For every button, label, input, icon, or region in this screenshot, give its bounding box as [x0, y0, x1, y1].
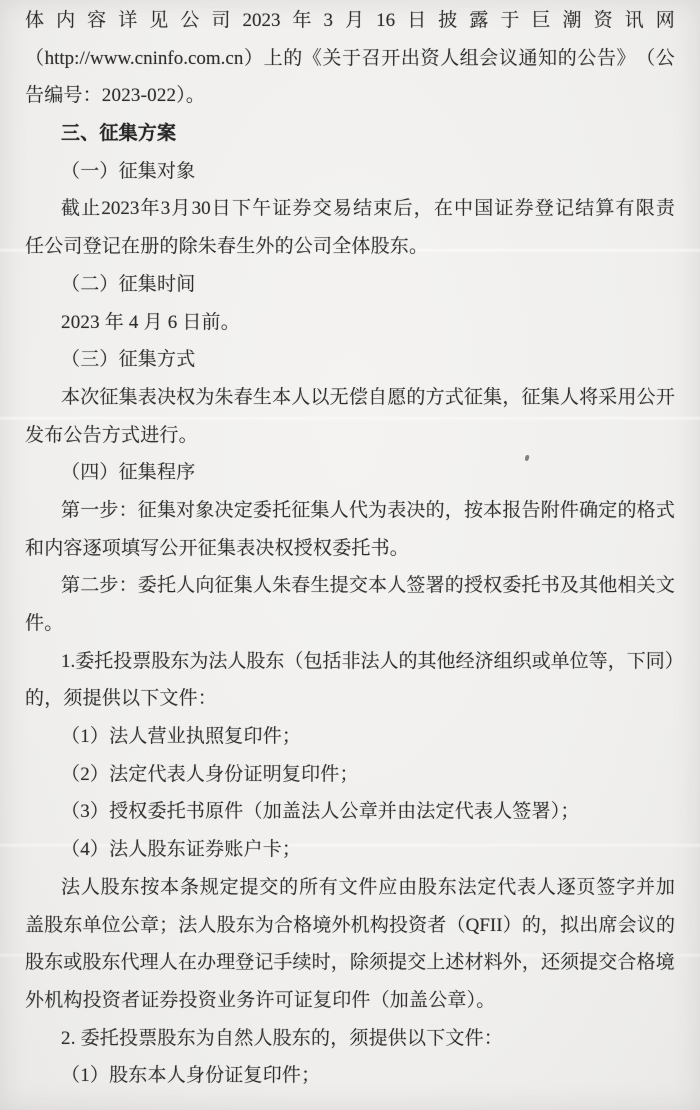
glyph-token: 格 [637, 944, 656, 982]
glyph-token: 止 [81, 190, 100, 228]
glyph-token: 的 [445, 567, 464, 605]
glyph-token: 知 [538, 40, 557, 78]
glyph-token: 须 [560, 944, 579, 982]
glyph-token: 交 [598, 944, 617, 982]
glyph-token: 盖 [25, 907, 44, 945]
glyph-token: （ [25, 40, 44, 78]
glyph-token: 集 [541, 379, 560, 417]
text-line: （四）征集程序 [25, 454, 675, 492]
glyph-token: ） [665, 643, 684, 681]
glyph-token: 的 [283, 40, 302, 78]
glyph-token: 股 [246, 643, 265, 681]
glyph-token: 权 [176, 379, 195, 417]
glyph-token: 件 [560, 492, 579, 530]
glyph-token: 境 [312, 907, 331, 945]
glyph-token: 的 [406, 379, 425, 417]
glyph-token: 体 [25, 2, 44, 40]
glyph-token: 所 [299, 869, 318, 907]
glyph-token: 一 [80, 492, 99, 530]
glyph-token: 法 [61, 869, 80, 907]
glyph-token: 席 [598, 907, 617, 945]
glyph-token: 股 [151, 643, 170, 681]
glyph-token: 征 [291, 492, 310, 530]
glyph-token: 文 [656, 567, 675, 605]
glyph-token: 票 [132, 643, 151, 681]
glyph-token: 券 [515, 190, 534, 228]
glyph-token: 为 [368, 492, 387, 530]
glyph-token: 为 [255, 907, 274, 945]
text-line: （二）征集时间 [25, 266, 675, 304]
glyph-token: 第 [61, 567, 80, 605]
glyph-token: 托 [522, 567, 541, 605]
text-line: 体内容详见公司2023年3月16日披露于巨潮资讯网 [25, 2, 675, 40]
glyph-token: 在 [178, 944, 197, 982]
glyph-token: ， [445, 492, 464, 530]
glyph-token: 午 [252, 190, 271, 228]
glyph-token: 东 [265, 643, 284, 681]
glyph-token: 股 [25, 944, 44, 982]
glyph-token: 人 [253, 567, 272, 605]
text-line: 告编号：2023-022）。 [25, 77, 675, 115]
glyph-token: 对 [176, 492, 195, 530]
glyph-token: 征 [464, 379, 483, 417]
glyph-token: 构 [370, 907, 389, 945]
glyph-token: 手 [273, 944, 292, 982]
glyph-token: （ [284, 643, 303, 681]
glyph-token: 集 [157, 492, 176, 530]
glyph-token: 网 [656, 2, 675, 40]
text-line: 第二步：委托人向征集人朱春生提交本人签署的授权委托书及其他相关文 [25, 567, 675, 605]
glyph-token: 料 [484, 944, 503, 982]
glyph-token: 提 [579, 944, 598, 982]
glyph-token: 朱 [272, 567, 291, 605]
glyph-token: 股 [418, 869, 437, 907]
glyph-token: 代 [121, 944, 140, 982]
glyph-token: 的 [617, 492, 636, 530]
glyph-token: 本 [160, 869, 179, 907]
glyph-token: 人 [560, 379, 579, 417]
glyph-token: 机 [351, 907, 370, 945]
glyph-token: 披 [438, 2, 457, 40]
glyph-token: （ [636, 40, 655, 78]
glyph-token: 详 [118, 2, 137, 40]
glyph-token: 书 [541, 567, 560, 605]
glyph-token: 责 [656, 190, 675, 228]
glyph-token: 合 [617, 944, 636, 982]
glyph-token: ， [502, 379, 521, 417]
glyph-token: ， [331, 944, 350, 982]
glyph-token: 人 [197, 907, 216, 945]
glyph-token: 非 [341, 643, 360, 681]
glyph-token: 时 [312, 944, 331, 982]
glyph-token: 并 [636, 869, 655, 907]
text-line: 任公司登记在册的除朱春生外的公司全体股东。 [25, 228, 675, 266]
glyph-token: 愿 [387, 379, 406, 417]
glyph-token: 无 [330, 379, 349, 417]
text-line: （3）授权委托书原件（加盖法人公章并由法定代表人签署）； [25, 793, 675, 831]
glyph-token: 括 [322, 643, 341, 681]
glyph-token: 逐 [557, 869, 576, 907]
text-line: （1）法人营业执照复印件； [25, 718, 675, 756]
glyph-token: 委 [75, 643, 94, 681]
glyph-token: 3 [161, 190, 171, 228]
glyph-token: 济 [475, 643, 494, 681]
glyph-token: 式 [656, 492, 675, 530]
glyph-token: 其 [579, 567, 598, 605]
text-line: 外机构投资者证券投资业务许可证复印件（加盖公章）。 [25, 982, 675, 1020]
glyph-token: 月 [345, 2, 364, 40]
glyph-token: 外 [503, 944, 522, 982]
glyph-token: 公 [121, 907, 140, 945]
glyph-token: 还 [541, 944, 560, 982]
glyph-token: （ [446, 907, 465, 945]
glyph-token: ： [119, 492, 138, 530]
glyph-token: 截 [61, 190, 80, 228]
glyph-token: 日 [407, 2, 426, 40]
glyph-token: 公 [180, 2, 199, 40]
glyph-token: 人 [159, 944, 178, 982]
glyph-token: 下 [232, 190, 251, 228]
glyph-token: 偿 [349, 379, 368, 417]
glyph-token: 为 [189, 643, 208, 681]
glyph-token: 开 [656, 379, 675, 417]
glyph-token: 人 [440, 40, 459, 78]
glyph-token: 决 [406, 492, 425, 530]
glyph-token: 召 [362, 40, 381, 78]
glyph-token: 下 [627, 643, 646, 681]
glyph-token: 托 [94, 643, 113, 681]
glyph-token: 自 [368, 379, 387, 417]
glyph-token: QFII [466, 907, 503, 945]
glyph-token: 集 [483, 379, 502, 417]
text-line: （一）征集对象 [25, 153, 675, 191]
glyph-token: 生 [310, 567, 329, 605]
glyph-token: 人 [330, 492, 349, 530]
glyph-token: 单 [551, 643, 570, 681]
text-line: 法人股东按本条规定提交的所有文件应由股东法定代表人逐页签字并加 [25, 869, 675, 907]
glyph-token: 限 [636, 190, 655, 228]
glyph-token: 续 [293, 944, 312, 982]
glyph-token: 东 [101, 944, 120, 982]
glyph-token: 字 [616, 869, 635, 907]
glyph-token: 人 [176, 567, 195, 605]
glyph-token: 2023 [242, 2, 280, 40]
glyph-token: 位 [102, 907, 121, 945]
glyph-token: 确 [579, 492, 598, 530]
glyph-token: 有 [616, 190, 635, 228]
glyph-token: 股 [44, 907, 63, 945]
glyph-token: 的 [522, 907, 541, 945]
glyph-token: 章 [140, 907, 159, 945]
glyph-token: ， [522, 944, 541, 982]
glyph-token: 织 [513, 643, 532, 681]
glyph-token: 日 [212, 190, 231, 228]
glyph-token: 春 [291, 567, 310, 605]
glyph-token: ； [159, 907, 178, 945]
glyph-token: 朱 [215, 379, 234, 417]
glyph-token: 包 [303, 643, 322, 681]
glyph-token: 权 [483, 567, 502, 605]
glyph-token: 上 [264, 40, 283, 78]
glyph-token: 将 [579, 379, 598, 417]
glyph-token: 外 [332, 907, 351, 945]
glyph-token: 条 [180, 869, 199, 907]
glyph-token: 征 [138, 492, 157, 530]
glyph-token: 委 [138, 567, 157, 605]
glyph-token: 的 [656, 907, 675, 945]
glyph-token: 相 [617, 567, 636, 605]
glyph-token: 附 [541, 492, 560, 530]
text-line: 和内容逐项填写公开征集表决权授权委托书。 [25, 530, 675, 568]
glyph-token: 东 [438, 869, 457, 907]
glyph-token: 位 [570, 643, 589, 681]
glyph-token: 集 [310, 492, 329, 530]
glyph-token: 征 [522, 379, 541, 417]
glyph-token: 国 [474, 190, 493, 228]
glyph-token: 理 [140, 944, 159, 982]
glyph-token: 本 [61, 379, 80, 417]
glyph-token: 露 [469, 2, 488, 40]
glyph-token: 》 [617, 40, 636, 78]
glyph-token: 页 [577, 869, 596, 907]
glyph-token: 署 [426, 567, 445, 605]
glyph-token: 人 [537, 869, 556, 907]
glyph-token: 生 [253, 379, 272, 417]
glyph-token: 讯 [625, 2, 644, 40]
glyph-token: 中 [454, 190, 473, 228]
glyph-token: 资 [408, 907, 427, 945]
glyph-token: 签 [596, 869, 615, 907]
glyph-token: 30 [192, 190, 211, 228]
glyph-token: 16 [376, 2, 395, 40]
glyph-token: 方 [426, 379, 445, 417]
text-line: 股东或股东代理人在办理登记手续时，除须提交上述材料外，还须提交合格境 [25, 944, 675, 982]
text-line: 发布公告方式进行。 [25, 417, 675, 455]
glyph-token: 登 [235, 944, 254, 982]
glyph-token: 股 [217, 907, 236, 945]
text-line: （http://www.cninfo.com.cn）上的《关于召开出资人组会议通… [25, 40, 675, 78]
glyph-token: 按 [464, 492, 483, 530]
glyph-token: 资 [594, 2, 613, 40]
glyph-token: 交 [313, 190, 332, 228]
glyph-token: 式 [445, 379, 464, 417]
glyph-token: 司 [211, 2, 230, 40]
glyph-token: 次 [80, 379, 99, 417]
glyph-token: 格 [293, 907, 312, 945]
glyph-token: 境 [656, 944, 675, 982]
glyph-token: 委 [502, 567, 521, 605]
glyph-token: 登 [535, 190, 554, 228]
glyph-token: 算 [595, 190, 614, 228]
glyph-token: 证 [494, 190, 513, 228]
glyph-token: 交 [407, 944, 426, 982]
glyph-token: 组 [460, 40, 479, 78]
glyph-token: 决 [157, 379, 176, 417]
glyph-token: 交 [259, 869, 278, 907]
glyph-token: ） [503, 907, 522, 945]
text-line: 第一步：征集对象决定委托征集人代为表决的，按本报告附件确定的格式 [25, 492, 675, 530]
glyph-token: 本 [368, 567, 387, 605]
text-line: 截止2023年3月30日下午证券交易结束后，在中国证券登记结算有限责 [25, 190, 675, 228]
glyph-token: 年 [292, 2, 311, 40]
glyph-token: 集 [234, 567, 253, 605]
glyph-token: 提 [388, 944, 407, 982]
glyph-token: 人 [291, 379, 310, 417]
glyph-token: 关 [637, 567, 656, 605]
glyph-token: 等 [589, 643, 608, 681]
glyph-token: 征 [99, 379, 118, 417]
glyph-token: 出 [579, 907, 598, 945]
glyph-token: 法 [360, 643, 379, 681]
glyph-token: 征 [215, 567, 234, 605]
glyph-token: 定 [598, 492, 617, 530]
glyph-token: 巨 [531, 2, 550, 40]
glyph-token: 用 [617, 379, 636, 417]
glyph-token: 出 [401, 40, 420, 78]
glyph-token: 本 [483, 492, 502, 530]
glyph-token: 经 [456, 643, 475, 681]
glyph-token: 规 [200, 869, 219, 907]
glyph-token: 东 [63, 907, 82, 945]
glyph-token: 券 [293, 190, 312, 228]
glyph-token: 人 [380, 643, 399, 681]
glyph-token: 单 [82, 907, 101, 945]
glyph-token: 授 [464, 567, 483, 605]
glyph-token: 格 [637, 492, 656, 530]
glyph-token: 办 [197, 944, 216, 982]
glyph-token: 东 [120, 869, 139, 907]
glyph-token: 易 [333, 190, 352, 228]
glyph-token: 报 [502, 492, 521, 530]
glyph-token: 提 [330, 567, 349, 605]
glyph-token: 容 [87, 2, 106, 40]
section-heading-line: 三、征集方案 [25, 115, 675, 153]
glyph-token: 投 [113, 643, 132, 681]
glyph-token: 本 [272, 379, 291, 417]
glyph-token: 合 [274, 907, 293, 945]
glyph-token: 法 [208, 643, 227, 681]
text-line: （4）法人股东证券账户卡； [25, 831, 675, 869]
glyph-token: 步 [99, 492, 118, 530]
glyph-token: 春 [234, 379, 253, 417]
text-line: （2）法定代表人身份证明复印件； [25, 756, 675, 794]
text-line: （三）征集方式 [25, 341, 675, 379]
glyph-token: 表 [517, 869, 536, 907]
glyph-token: 同 [646, 643, 665, 681]
glyph-token: ， [608, 643, 627, 681]
glyph-token: 代 [497, 869, 516, 907]
glyph-token: 记 [254, 944, 273, 982]
glyph-token: 记 [555, 190, 574, 228]
glyph-token: 的 [399, 643, 418, 681]
glyph-token: 公 [577, 40, 596, 78]
glyph-token: 表 [387, 492, 406, 530]
glyph-token: 开 [381, 40, 400, 78]
text-line: 件。 [25, 605, 675, 643]
glyph-token: 交 [349, 567, 368, 605]
glyph-token: 法 [178, 907, 197, 945]
glyph-token: 关 [322, 40, 341, 78]
glyph-token: 须 [369, 944, 388, 982]
glyph-token: 于 [500, 2, 519, 40]
glyph-token: 后 [393, 190, 412, 228]
glyph-token: 签 [406, 567, 425, 605]
glyph-token: 象 [195, 492, 214, 530]
glyph-token: 通 [519, 40, 538, 78]
glyph-token: 东 [170, 643, 189, 681]
glyph-token: 由 [398, 869, 417, 907]
glyph-token: 公 [637, 379, 656, 417]
glyph-token: 他 [598, 567, 617, 605]
glyph-token: 的 [279, 869, 298, 907]
glyph-token: 的 [558, 40, 577, 78]
glyph-token: 告 [597, 40, 616, 78]
text-line: 盖股东单位公章；法人股东为合格境外机构投资者（QFII）的，拟出席会议的 [25, 907, 675, 945]
glyph-token: 集 [119, 379, 138, 417]
glyph-token: 的 [426, 492, 445, 530]
glyph-token: 采 [598, 379, 617, 417]
glyph-token: 东 [236, 907, 255, 945]
scanned-document-page: 体内容详见公司2023年3月16日披露于巨潮资讯网（http://www.cni… [0, 0, 700, 1110]
glyph-token: 托 [272, 492, 291, 530]
glyph-token: 潮 [563, 2, 582, 40]
glyph-token: 或 [532, 643, 551, 681]
text-line: 2. 委托投票股东为自然人股东的，须提供以下文件： [25, 1020, 675, 1058]
glyph-token: http://www.cninfo.com.cn [45, 40, 244, 78]
glyph-token: 月 [171, 190, 190, 228]
glyph-token: 组 [494, 643, 513, 681]
glyph-token: 理 [216, 944, 235, 982]
glyph-token: 定 [234, 492, 253, 530]
glyph-token: 代 [349, 492, 368, 530]
text-line: 1.委托投票股东为法人股东（包括非法人的其他经济组织或单位等，下同） [25, 643, 675, 681]
glyph-token: 年 [141, 190, 160, 228]
glyph-token: 述 [445, 944, 464, 982]
glyph-token: 股 [82, 944, 101, 982]
glyph-token: 第 [61, 492, 80, 530]
glyph-token: 告 [522, 492, 541, 530]
glyph-token: 证 [272, 190, 291, 228]
glyph-token: 文 [339, 869, 358, 907]
glyph-token: 为 [195, 379, 214, 417]
glyph-token: 以 [310, 379, 329, 417]
glyph-token: 决 [215, 492, 234, 530]
glyph-token: 向 [195, 567, 214, 605]
document-text-block: 体内容详见公司2023年3月16日披露于巨潮资讯网（http://www.cni… [25, 2, 675, 1095]
glyph-token: 他 [437, 643, 456, 681]
glyph-token: 3 [324, 2, 334, 40]
glyph-token: 材 [465, 944, 484, 982]
glyph-token: 定 [477, 869, 496, 907]
glyph-token: 人 [227, 643, 246, 681]
glyph-token: 表 [138, 379, 157, 417]
glyph-token: ） [244, 40, 263, 78]
glyph-token: 二 [80, 567, 99, 605]
glyph-token: 人 [81, 869, 100, 907]
glyph-token: 除 [350, 944, 369, 982]
glyph-token: 有 [319, 869, 338, 907]
glyph-token: 在 [434, 190, 453, 228]
glyph-token: 按 [140, 869, 159, 907]
glyph-token: ， [414, 190, 433, 228]
glyph-token: 公 [656, 40, 675, 78]
glyph-token: 者 [427, 907, 446, 945]
glyph-token: 结 [353, 190, 372, 228]
glyph-token: 法 [458, 869, 477, 907]
glyph-token: 投 [389, 907, 408, 945]
glyph-token: 结 [575, 190, 594, 228]
glyph-token: ： [119, 567, 138, 605]
